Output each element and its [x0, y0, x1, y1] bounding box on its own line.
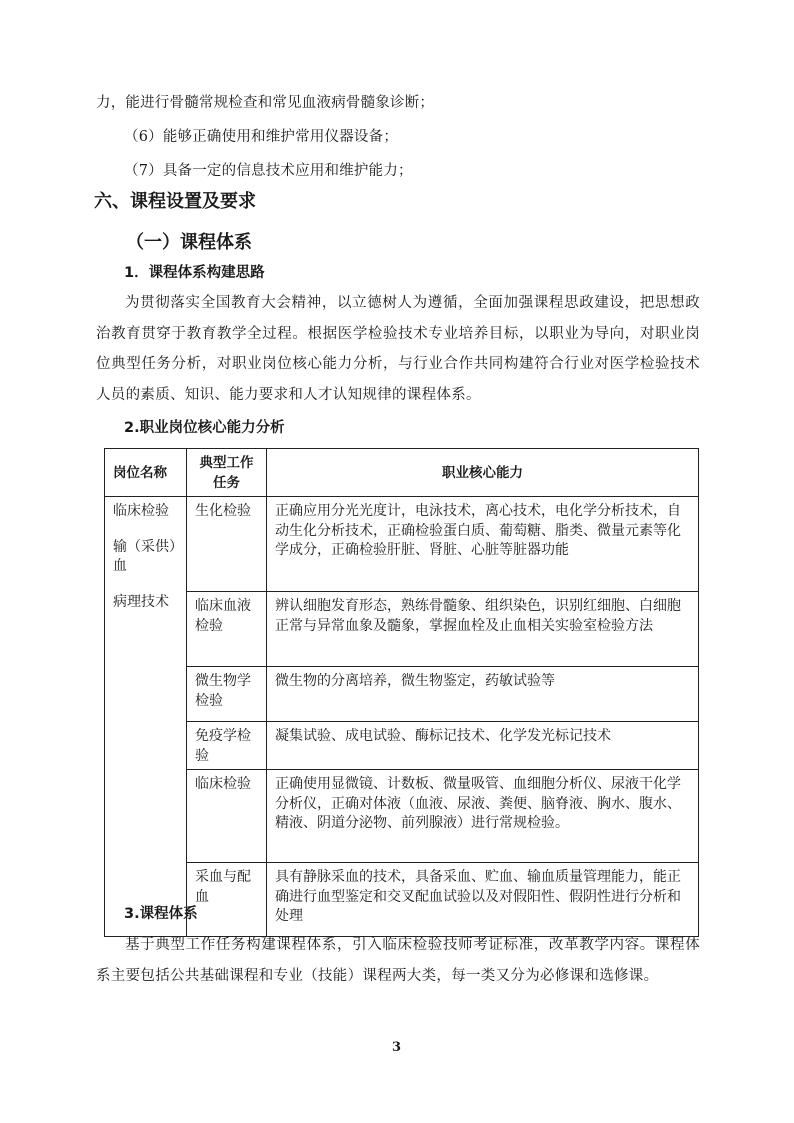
task-cell: 微生物学检验	[187, 667, 267, 722]
ability-cell: 正确应用分光光度计，电泳技术，离心技术，电化学分析技术，自动生化分析技术，正确检…	[267, 497, 699, 592]
task-cell: 临床检验	[187, 770, 267, 863]
post-name: 病理技术	[113, 593, 178, 612]
task-cell: 临床血液检验	[187, 592, 267, 667]
paragraph-part1: 为贯彻落实全国教育大会精神，以立德树人为遵循，全面加强课程思政建设，把思想政治教…	[96, 288, 700, 410]
post-names-cell: 临床检验 输（采供）血 病理技术	[105, 497, 187, 937]
task-cell: 生化检验	[187, 497, 267, 592]
table-row: 采血与配血 具有静脉采血的技术，具备采血、贮血、输血质量管理能力，能正确进行血型…	[105, 863, 699, 937]
heading-part1: 1．课程体系构建思路	[124, 263, 265, 283]
ability-cell: 正确使用显微镜、计数板、微量吸管、血细胞分析仪、尿液干化学分析仪，正确对体液（血…	[267, 770, 699, 863]
heading-part2: 2.职业岗位核心能力分析	[124, 418, 285, 438]
table-row: 微生物学检验 微生物的分离培养，微生物鉴定，药敏试验等	[105, 667, 699, 722]
post-name: 输（采供）血	[113, 538, 178, 576]
paragraph-part3: 基于典型工作任务构建课程体系，引入临床检验技师考证标准，改革教学内容。课程体系主…	[96, 930, 700, 991]
table-row: 临床检验 输（采供）血 病理技术 生化检验 正确应用分光光度计，电泳技术，离心技…	[105, 497, 699, 592]
header-core-ability: 职业核心能力	[267, 449, 699, 497]
task-cell: 免疫学检验	[187, 722, 267, 770]
ability-cell: 具有静脉采血的技术，具备采血、贮血、输血质量管理能力，能正确进行血型鉴定和交叉配…	[267, 863, 699, 937]
post-name: 临床检验	[113, 502, 178, 521]
task-cell: 采血与配血	[187, 863, 267, 937]
table-row: 临床检验 正确使用显微镜、计数板、微量吸管、血细胞分析仪、尿液干化学分析仪，正确…	[105, 770, 699, 863]
subsection-title: （一）课程体系	[126, 230, 252, 256]
list-item-6: （6）能够正确使用和维护常用仪器设备；	[124, 127, 398, 147]
ability-cell: 辨认细胞发育形态，熟练骨髓象、组织染色，识别红细胞、白细胞正常与异常血象及髓象，…	[267, 592, 699, 667]
heading-part3: 3.课程体系	[124, 904, 198, 924]
table-row: 免疫学检验 凝集试验、成电试验、酶标记技术、化学发光标记技术	[105, 722, 699, 770]
page-number: 3	[392, 1040, 401, 1055]
core-ability-table: 岗位名称 典型工作任务 职业核心能力 临床检验 输（采供）血 病理技术 生化检验…	[104, 448, 699, 937]
list-item-7: （7）具备一定的信息技术应用和维护能力；	[124, 161, 413, 181]
section-title: 六、课程设置及要求	[94, 189, 256, 215]
continued-line: 力，能进行骨髓常规检查和常见血液病骨髓象诊断；	[96, 93, 434, 113]
table-row: 临床血液检验 辨认细胞发育形态，熟练骨髓象、组织染色，识别红细胞、白细胞正常与异…	[105, 592, 699, 667]
header-post-name: 岗位名称	[105, 449, 187, 497]
header-typical-task: 典型工作任务	[187, 449, 267, 497]
ability-cell: 凝集试验、成电试验、酶标记技术、化学发光标记技术	[267, 722, 699, 770]
ability-cell: 微生物的分离培养，微生物鉴定，药敏试验等	[267, 667, 699, 722]
table-header-row: 岗位名称 典型工作任务 职业核心能力	[105, 449, 699, 497]
